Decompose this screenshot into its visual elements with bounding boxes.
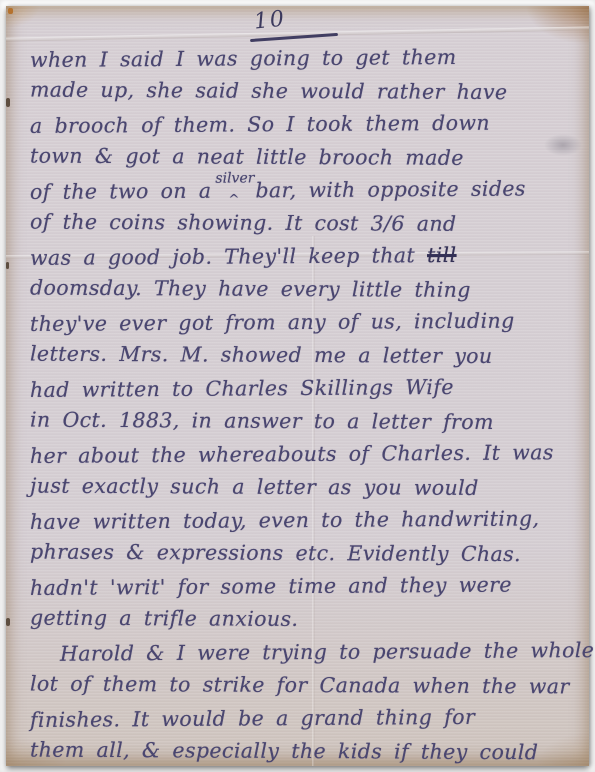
letter-line: in Oct. 1883, in answer to a letter from (30, 404, 582, 440)
edge-speck (6, 618, 10, 626)
letter-line: when I said I was going to get them (30, 40, 582, 77)
letter-line: was a good job. They'll keep that till (30, 238, 582, 275)
letter-paper: 10 when I said I was going to get them m… (6, 6, 589, 766)
letter-line: them all, & especially the kids if they … (30, 734, 582, 770)
letter-line: letters. Mrs. M. showed me a letter you (30, 338, 582, 374)
letter-line: her about the whereabouts of Charles. It… (30, 436, 582, 473)
letter-line: lot of them to strike for Canada when th… (30, 668, 582, 704)
handwritten-text-block: when I said I was going to get them made… (30, 42, 582, 768)
fold-crease-top (6, 26, 589, 41)
struck-word: till (427, 243, 457, 267)
letter-line: of the two on asilver^bar, with opposite… (30, 172, 582, 209)
letter-line: hadn't 'writ' for some time and they wer… (30, 568, 582, 605)
edge-speck (8, 8, 13, 14)
letter-line: finishes. It would be a grand thing for (30, 700, 582, 737)
letter-line: they've ever got from any of us, includi… (30, 304, 582, 341)
letter-line: of the coins showing. It cost 3/6 and (30, 206, 582, 242)
letter-line: had written to Charles Skillings Wife (30, 370, 582, 407)
letter-line: Harold & I were trying to persuade the w… (30, 634, 582, 671)
letter-line: just exactly such a letter as you would (30, 470, 582, 506)
letter-line: a brooch of them. So I took them down (30, 106, 582, 143)
letter-line: doomsday. They have every little thing (30, 272, 582, 308)
line-segment: bar, with opposite sides (255, 176, 526, 202)
letter-line: town & got a neat little brooch made (30, 140, 582, 176)
line-segment: of the two on a (30, 179, 212, 204)
letter-line: made up, she said she would rather have (30, 74, 582, 110)
letter-line: getting a trifle anxious. (30, 602, 582, 638)
line-segment: was a good job. They'll keep that (30, 243, 415, 270)
letter-line: have written today, even to the handwrit… (30, 502, 582, 539)
edge-speck (6, 262, 9, 269)
inserted-word: silver^ (211, 189, 255, 197)
page-number-underline (250, 33, 338, 42)
letter-line: phrases & expressions etc. Evidently Cha… (30, 536, 582, 572)
page-number: 10 (253, 6, 287, 34)
photo-frame: 10 when I said I was going to get them m… (0, 0, 595, 772)
edge-speck (6, 98, 10, 107)
